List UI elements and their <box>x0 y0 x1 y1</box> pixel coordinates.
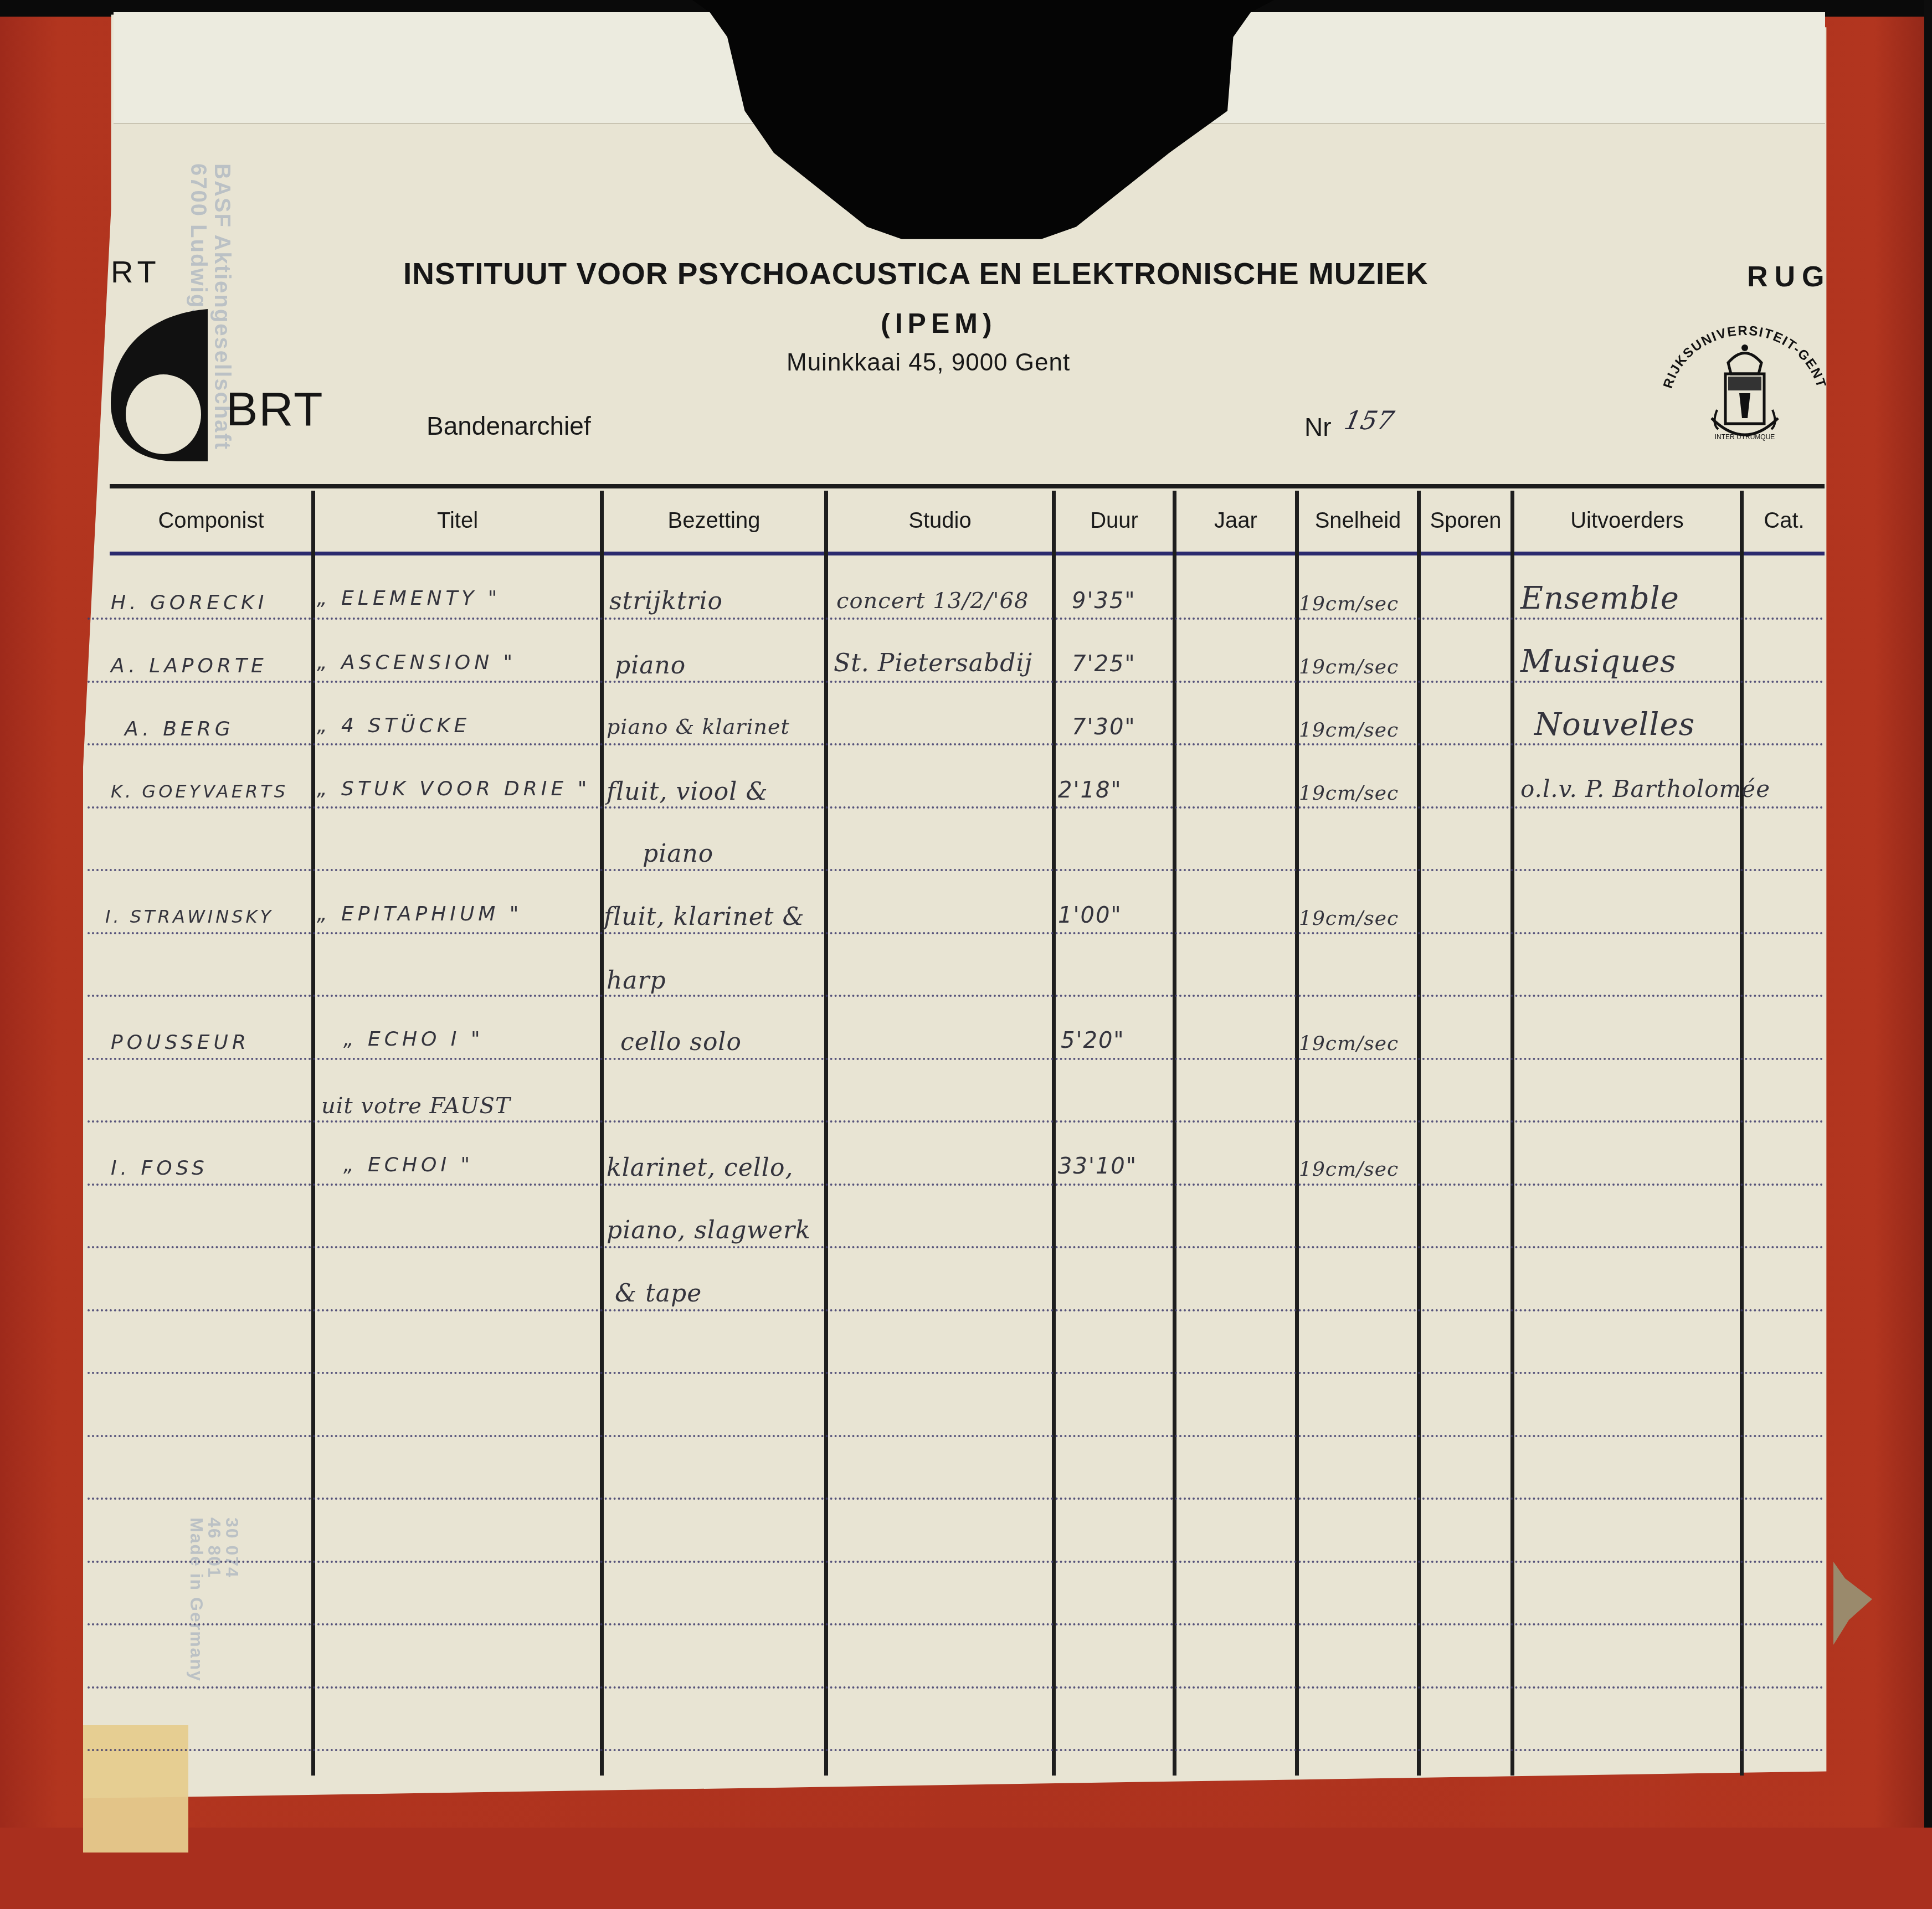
column-divider <box>1417 491 1421 1776</box>
column-divider <box>1173 491 1176 1776</box>
cell-uitvoerders: Nouvelles <box>1534 707 1695 743</box>
ruled-line <box>88 1058 1825 1060</box>
column-divider <box>1052 491 1056 1776</box>
cell-studio: St. Pietersabdij <box>834 649 1032 677</box>
cell-uitvoerders: o.l.v. P. Bartholomée <box>1520 775 1770 802</box>
cell-bezetting: cello solo <box>620 1028 742 1056</box>
brt-label: BRT <box>226 382 323 437</box>
column-divider <box>1510 491 1514 1776</box>
institute-address: Muinkkaai 45, 9000 Gent <box>787 349 1070 377</box>
cell-titel: „ ELEMENTY " <box>317 587 501 610</box>
cell-snelheid: 19cm/sec <box>1299 907 1399 930</box>
cell-duur: 2'18" <box>1058 778 1122 803</box>
cell-snelheid: 19cm/sec <box>1299 782 1399 805</box>
archive-label: Bandenarchief <box>427 411 591 441</box>
manufacturer-imprint-bottom-2: 46 801 <box>204 1517 224 1656</box>
red-box-bottom-flap <box>0 1828 1932 1909</box>
cell-snelheid: 19cm/sec <box>1299 1032 1399 1055</box>
ruled-line <box>88 743 1825 745</box>
ruled-line <box>88 1435 1825 1437</box>
ruled-line <box>88 1749 1825 1751</box>
ruled-line <box>88 1184 1825 1186</box>
cell-bezetting: strijktrio <box>609 587 723 615</box>
table-header-rule <box>110 552 1825 555</box>
column-header-sporen: Sporen <box>1421 508 1510 533</box>
cell-bezetting: klarinet, cello, <box>607 1154 793 1182</box>
column-divider <box>824 491 828 1776</box>
ruled-line <box>88 1246 1825 1248</box>
ruled-line <box>88 1309 1825 1311</box>
cell-titel: „ 4 STÜCKE <box>317 714 470 737</box>
cell-componist: A. LAPORTE <box>111 655 268 677</box>
column-header-bezetting: Bezetting <box>604 508 824 533</box>
ruled-line <box>88 806 1825 809</box>
column-divider <box>600 491 604 1776</box>
ruled-line <box>88 869 1825 871</box>
imprint-made-in: Made in Germany <box>187 1517 207 1682</box>
ruled-line <box>88 932 1825 934</box>
cell-bezetting: piano & klarinet <box>607 714 790 739</box>
cell-titel: „ ECHO I " <box>343 1028 484 1051</box>
adhesive-tape-patch <box>83 1725 188 1853</box>
ruled-line <box>88 1686 1825 1689</box>
cell-studio: concert 13/2/'68 <box>836 588 1029 614</box>
column-divider <box>1740 491 1744 1776</box>
imprint-code-1: 30 074 <box>222 1517 242 1578</box>
number-label: Nr <box>1304 412 1332 442</box>
cell-duur: 33'10" <box>1058 1154 1137 1179</box>
rug-label: RUG <box>1747 260 1831 294</box>
cell-snelheid: 19cm/sec <box>1299 656 1399 678</box>
cell-uitvoerders: Musiques <box>1520 644 1677 680</box>
brt-cut-label: RT <box>111 254 161 290</box>
imprint-code-2: 46 801 <box>204 1517 224 1578</box>
column-divider <box>311 491 315 1776</box>
manufacturer-imprint-bottom-3: Made in Germany <box>186 1517 207 1684</box>
tape-number-value: 157 <box>1342 405 1396 435</box>
ruled-line <box>88 995 1825 997</box>
cell-snelheid: 19cm/sec <box>1299 719 1399 742</box>
cell-duur: 7'30" <box>1072 714 1136 740</box>
cell-duur: 7'25" <box>1072 651 1136 677</box>
cell-duur: 9'35" <box>1072 588 1136 614</box>
column-header-jaar: Jaar <box>1176 508 1295 533</box>
cell-titel: uit votre FAUST <box>321 1093 511 1119</box>
cell-componist: POUSSEUR <box>111 1031 250 1054</box>
cell-bezetting: piano <box>643 840 713 868</box>
ruled-line <box>88 1498 1825 1500</box>
column-header-titel: Titel <box>315 508 600 533</box>
cell-duur: 1'00" <box>1058 903 1122 928</box>
ruled-line <box>88 1372 1825 1374</box>
cell-snelheid: 19cm/sec <box>1299 593 1399 615</box>
cell-duur: 5'20" <box>1061 1028 1125 1053</box>
column-divider <box>1295 491 1299 1776</box>
cell-bezetting: piano <box>615 651 686 680</box>
cell-componist: I. FOSS <box>111 1157 208 1180</box>
institute-title: INSTITUUT VOOR PSYCHOACUSTICA EN ELEKTRO… <box>403 256 1429 291</box>
cell-bezetting: piano, slagwerk <box>607 1216 811 1244</box>
column-header-cat: Cat. <box>1744 508 1825 533</box>
cell-bezetting: harp <box>607 966 666 995</box>
table-top-rule <box>110 484 1825 488</box>
ruled-line <box>88 618 1825 620</box>
cell-bezetting: & tape <box>615 1279 702 1308</box>
seal-motto: INTER UTRUMQUE <box>1715 433 1775 441</box>
cell-componist: K. GOEYVAERTS <box>111 781 288 802</box>
column-header-componist: Componist <box>111 508 311 533</box>
column-header-duur: Duur <box>1056 508 1173 533</box>
column-header-uitvoerders: Uitvoerders <box>1514 508 1740 533</box>
cell-titel: „ STUK VOOR DRIE " <box>317 778 590 800</box>
cell-titel: „ ASCENSION " <box>317 651 516 674</box>
manufacturer-imprint-bottom-1: 30 074 <box>222 1517 242 1656</box>
ruled-line <box>88 1561 1825 1563</box>
university-seal-icon: RIJKSUNIVERSITEIT-GENT INTER UTRUMQUE <box>1656 321 1833 454</box>
cell-titel: „ ECHOI " <box>343 1154 474 1176</box>
cell-componist: I. STRAWINSKY <box>105 906 274 927</box>
institute-abbreviation: (IPEM) <box>881 307 997 339</box>
cell-componist: A. BERG <box>125 718 234 740</box>
frame-right-shadow <box>1924 0 1932 1909</box>
cell-snelheid: 19cm/sec <box>1299 1158 1399 1181</box>
cell-bezetting: fluit, viool & <box>607 778 768 806</box>
cell-bezetting: fluit, klarinet & <box>604 903 805 931</box>
ruled-line <box>88 1120 1825 1123</box>
column-header-snelheid: Snelheid <box>1299 508 1417 533</box>
column-header-studio: Studio <box>828 508 1052 533</box>
ruled-line <box>88 681 1825 683</box>
cell-componist: H. GORECKI <box>111 591 268 614</box>
cell-uitvoerders: Ensemble <box>1520 580 1679 616</box>
cell-titel: „ EPITAPHIUM " <box>317 903 522 925</box>
brt-logo-icon <box>111 309 208 461</box>
ruled-line <box>88 1623 1825 1625</box>
